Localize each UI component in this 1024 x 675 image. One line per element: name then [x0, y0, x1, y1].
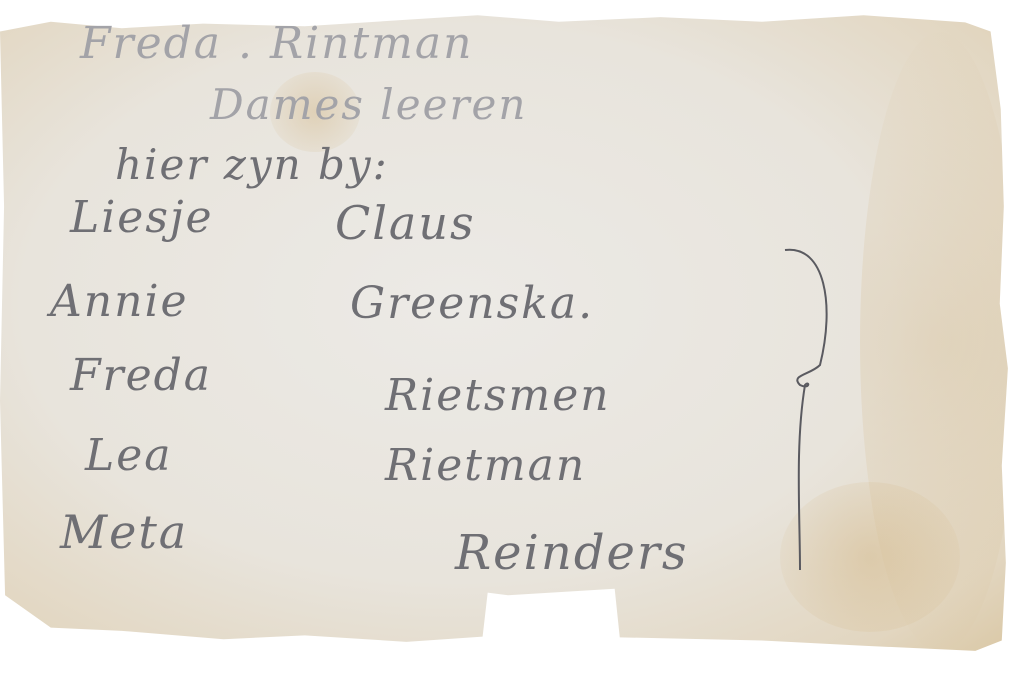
brace-mark: [780, 245, 840, 575]
header-line-1: Freda . Rintman: [80, 18, 473, 69]
name-first: Annie: [50, 276, 189, 327]
name-first: Lea: [85, 430, 173, 481]
name-last: Rietman: [385, 440, 586, 491]
name-first: Meta: [60, 505, 188, 559]
name-last: Claus: [335, 196, 476, 250]
name-first: Liesje: [70, 192, 214, 243]
stain: [860, 32, 1020, 652]
header-line-2: Dames leeren: [210, 80, 527, 129]
name-last: Reinders: [455, 525, 689, 581]
name-first: Freda: [70, 350, 212, 401]
name-last: Rietsmen: [385, 370, 611, 421]
intro-text: hier zyn by:: [115, 140, 389, 189]
name-last: Greenska.: [350, 278, 594, 329]
